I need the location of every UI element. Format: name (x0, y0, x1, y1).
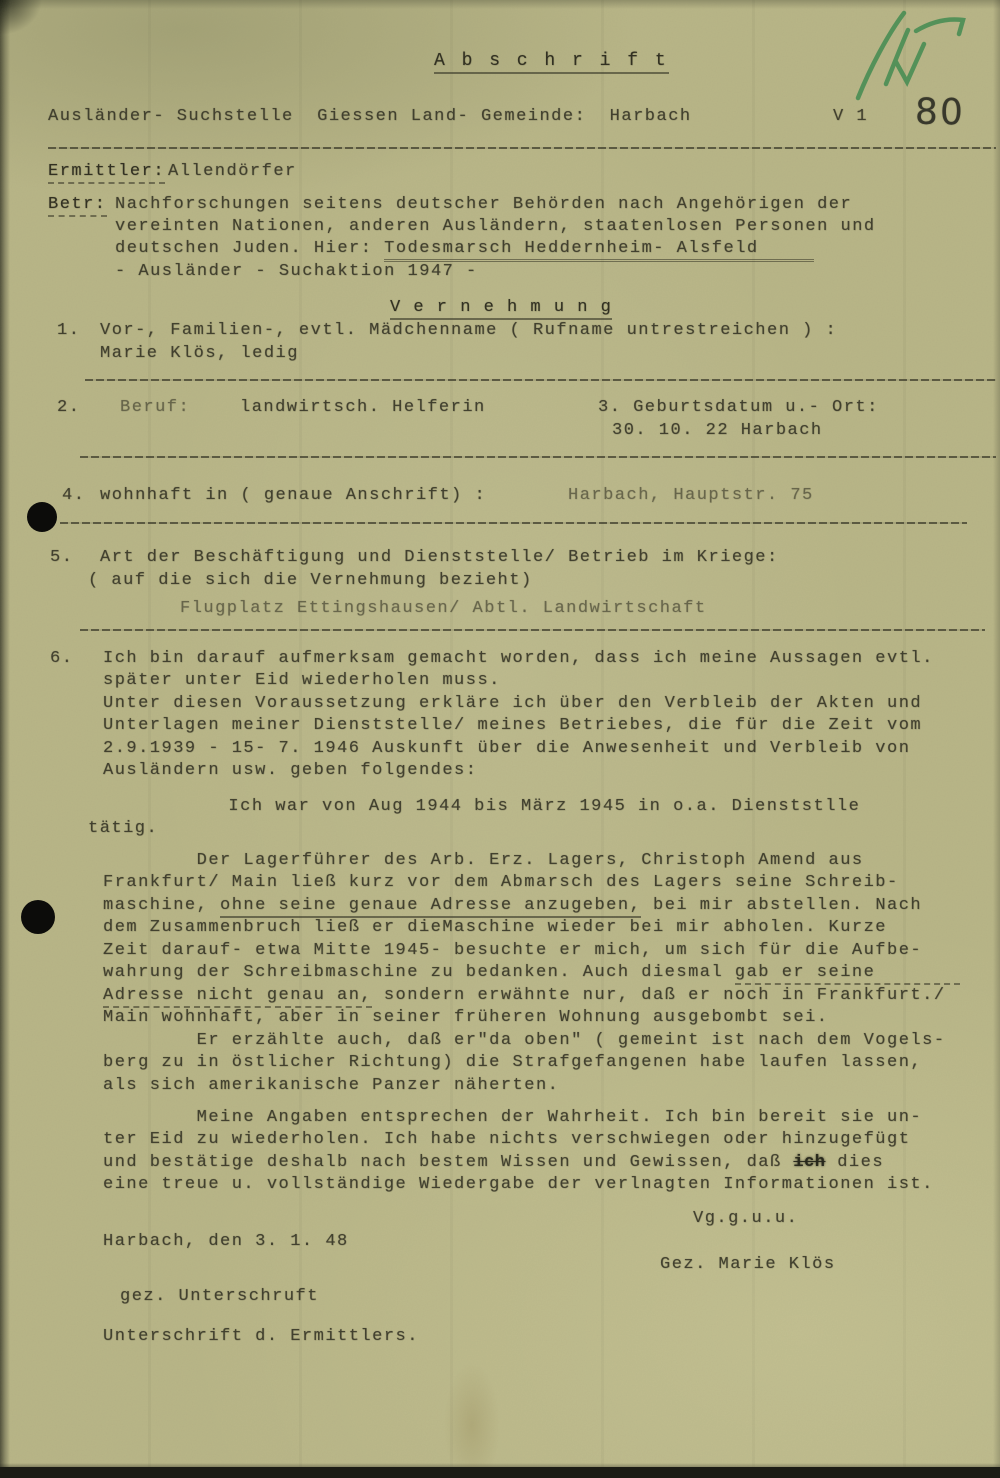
ermittler-value: Allendörfer (168, 161, 297, 183)
ermittler-label: Ermittler: (48, 161, 165, 183)
statement-paragraph-3: Er erzählte auch, daß er"da oben" ( geme… (103, 1030, 946, 1097)
statement-p4-line-4: eine treue u. vollständige Wiedergabe de… (103, 1174, 934, 1196)
statement-p2-line-3: maschine, ohne seine genaue Adresse anzu… (103, 895, 922, 917)
statement-p2-line-5: Zeit darauf- etwa Mitte 1945- besuchte e… (103, 940, 922, 962)
question-4-label: wohnhaft in ( genaue Anschrift) : (100, 485, 486, 507)
vernehmung-heading: V e r n e h m u n g (390, 297, 612, 319)
statement-p4-line-2: ter Eid zu wiederholen. Ich habe nichts … (103, 1129, 910, 1151)
signed-by: Gez. Marie Klös (660, 1254, 836, 1276)
statement-p2-line-7: Adresse nicht genau an, sondern erwähnte… (103, 985, 946, 1007)
statement-paragraph-1: Ich war von Aug 1944 bis März 1945 in o.… (88, 796, 860, 841)
question-4-number: 4. (62, 485, 85, 507)
document-title-text: A b s c h r i f t (434, 51, 669, 74)
office-line: Ausländer- Suchstelle Giessen Land- Geme… (48, 106, 692, 128)
question-6-number: 6. (50, 648, 73, 670)
question-1-answer: Marie Klös, ledig (100, 343, 299, 365)
investigator-signature-line: Unterschrift d. Ermittlers. (103, 1326, 419, 1348)
divider-rule (48, 147, 996, 149)
question-2-answer: landwirtsch. Helferin (240, 397, 486, 419)
document-scan: A b s c h r i f t Ausländer- Suchstelle … (0, 0, 1000, 1478)
question-1-number: 1. (57, 320, 80, 342)
punch-hole (27, 502, 57, 532)
divider-rule (60, 522, 967, 524)
statement-p2-line-6: wahrung der Schreibmaschine zu bedanken.… (103, 962, 960, 984)
question-2-label: Beruf: (120, 397, 190, 419)
signature-note: gez. Unterschruft (120, 1286, 319, 1308)
question-5-number: 5. (50, 547, 73, 569)
punch-hole (21, 900, 55, 934)
betreff-label: Betr: (48, 194, 107, 216)
betreff-line-1: Nachforschungen seitens deutscher Behörd… (115, 194, 852, 216)
question-6-text: Ich bin darauf aufmerksam gemacht worden… (103, 648, 934, 782)
betreff-subject-underlined: Todesmarsch Heddernheim- Alsfeld (384, 239, 813, 262)
question-2-number: 2. (57, 397, 80, 419)
question-4-answer: Harbach, Hauptstr. 75 (568, 485, 814, 507)
divider-rule (80, 629, 985, 631)
underlined-phrase: Adresse nicht genau an, (103, 986, 372, 1008)
question-5-label-2: ( auf die sich die Vernehmung bezieht) (88, 570, 533, 592)
statement-p2-line-1: Der Lagerführer des Arb. Erz. Lagers, Ch… (103, 850, 864, 872)
closing-formula: Vg.g.u.u. (693, 1208, 798, 1230)
place-and-date: Harbach, den 3. 1. 48 (103, 1231, 349, 1253)
question-3-label: 3. Geburtsdatum u.- Ort: (598, 397, 879, 419)
statement-p2-line-4: dem Zusammenbruch ließ er dieMaschine wi… (103, 917, 887, 939)
scan-bottom-edge (0, 1467, 1000, 1478)
page-stamp: 80 (915, 92, 966, 134)
divider-rule (85, 379, 996, 381)
statement-p2-line-2: Frankfurt/ Main ließ kurz vor dem Abmars… (103, 872, 899, 894)
betreff-line-2: vereinten Nationen, anderen Ausländern, … (115, 216, 876, 238)
question-5-label-1: Art der Beschäftigung und Dienststelle/ … (100, 547, 779, 569)
ref-number: V 1 (833, 106, 868, 128)
statement-p4-line-3: und bestätige deshalb nach bestem Wissen… (103, 1152, 884, 1174)
question-1-label: Vor-, Familien-, evtl. Mädchenname ( Ruf… (100, 320, 837, 342)
divider-rule (80, 456, 996, 458)
underlined-phrase: gab er seine (735, 963, 960, 985)
statement-p2-line-8: Main wohnhaft, aber in seiner früheren W… (103, 1007, 829, 1029)
statement-p4-line-1: Meine Angaben entsprechen der Wahrheit. … (103, 1107, 922, 1129)
underlined-phrase: ohne seine genaue Adresse anzugeben, (220, 896, 641, 918)
document-title: A b s c h r i f t (434, 50, 669, 72)
betreff-line-4: - Ausländer - Suchaktion 1947 - (115, 261, 478, 283)
question-5-answer: Flugplatz Ettingshausen/ Abtl. Landwirts… (180, 598, 707, 620)
betreff-line-3: deutschen Juden. Hier: Todesmarsch Hedde… (115, 238, 814, 260)
question-3-answer: 30. 10. 22 Harbach (612, 420, 823, 442)
struck-out-word: ich (793, 1153, 825, 1172)
